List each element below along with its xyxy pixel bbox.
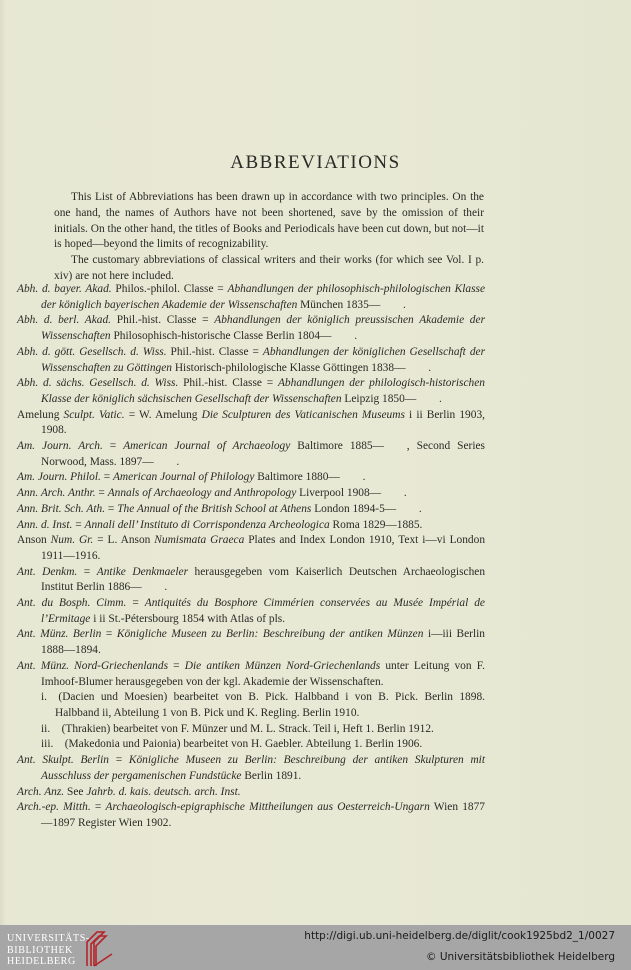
intro-text: This List of Abbreviations has been draw…: [54, 190, 484, 285]
entry-title: Die antiken Münzen Nord-Griechenlands: [185, 660, 380, 672]
entry-abbr-rest: Phil.-hist. Classe: [111, 314, 196, 326]
sub-entry: iii. (Makedonia und Paionia) bearbeitet …: [17, 737, 485, 753]
entry-abbr: Ann. Brit. Sch. Ath.: [17, 503, 105, 515]
entry-details: München 1835— .: [297, 299, 406, 311]
abbreviation-entry: Abh. d. gött. Gesellsch. d. Wiss. Phil.-…: [17, 345, 485, 376]
library-name-line: UNIVERSITÄTS-: [7, 933, 90, 945]
entry-eq: =: [109, 754, 129, 766]
copyright-notice: © Universitätsbibliothek Heidelberg: [426, 951, 615, 963]
entry-eq: =: [77, 566, 96, 578]
entry-eq: =: [126, 597, 144, 609]
entry-author: Amelung: [17, 409, 64, 421]
abbreviation-entry: Abh. d. berl. Akad. Phil.-hist. Classe =…: [17, 313, 485, 344]
abbreviation-entry: Ant. du Bosph. Cimm. = Antiquités du Bos…: [17, 596, 485, 627]
entry-details: Berlin 1891.: [241, 770, 301, 782]
page-title: ABBREVIATIONS: [0, 152, 631, 174]
library-name-line: BIBLIOTHEK: [7, 945, 90, 957]
entry-eq: See: [64, 786, 86, 798]
entry-abbr: Num. Gr.: [51, 534, 94, 546]
abbreviation-entry: Ant. Skulpt. Berlin = Königliche Museen …: [17, 753, 485, 784]
entry-abbr: Abh. d. bayer. Akad.: [17, 283, 112, 295]
abbreviation-entry: Ann. d. Inst. = Annali dell’ Instituto d…: [17, 518, 485, 534]
entry-abbr: Ant. du Bosph. Cimm.: [17, 597, 126, 609]
entry-author: W. Amelung: [139, 409, 202, 421]
entry-abbr: Arch.-ep. Mitth.: [17, 801, 91, 813]
scanned-page: ABBREVIATIONS This List of Abbreviations…: [0, 0, 631, 925]
entry-abbr: Ant. Denkm.: [17, 566, 77, 578]
ub-heidelberg-logo-icon[interactable]: [84, 928, 114, 968]
entry-details: Philosophisch-historische Classe Berlin …: [111, 330, 357, 342]
library-name-line: HEIDELBERG: [7, 956, 90, 968]
entry-title: Jahrb. d. kais. deutsch. arch. Inst.: [86, 786, 240, 798]
entry-title: American Journal of Philology: [113, 471, 254, 483]
viewer-footer: UNIVERSITÄTS- BIBLIOTHEK HEIDELBERG http…: [0, 925, 631, 970]
entry-abbr-rest: Phil.-hist. Classe: [167, 346, 249, 358]
abbreviation-entry: Abh. d. sächs. Gesellsch. d. Wiss. Phil.…: [17, 376, 485, 407]
entry-abbr: Sculpt. Vatic.: [64, 409, 125, 421]
entry-title: Archaeologisch-epigraphische Mittheilung…: [106, 801, 430, 813]
entry-details: Leipzig 1850— .: [342, 393, 442, 405]
entry-details: i ii St.-Pétersbourg 1854 with Atlas of …: [90, 613, 285, 625]
abbreviation-entry: Ant. Münz. Nord-Griechenlands = Die anti…: [17, 659, 485, 690]
entry-eq: =: [168, 660, 185, 672]
abbreviation-entry: Ann. Brit. Sch. Ath. = The Annual of the…: [17, 502, 485, 518]
entry-abbr: Am. Journ. Philol.: [17, 471, 101, 483]
entry-abbr-rest: Phil.-hist. Classe: [178, 377, 262, 389]
abbreviation-entry: Abh. d. bayer. Akad. Philos.-philol. Cla…: [17, 282, 485, 313]
library-name[interactable]: UNIVERSITÄTS- BIBLIOTHEK HEIDELBERG: [7, 933, 90, 968]
entry-title: The Annual of the British School at Athe…: [117, 503, 311, 515]
permalink-url[interactable]: http://digi.ub.uni-heidelberg.de/diglit/…: [304, 930, 615, 942]
abbreviation-entry: Amelung Sculpt. Vatic. = W. Amelung Die …: [17, 408, 485, 439]
entry-abbr: Ant. Skulpt. Berlin: [17, 754, 109, 766]
entry-abbr: Am. Journ. Arch.: [17, 440, 103, 452]
abbreviation-entry: Ann. Arch. Anthr. = Annals of Archaeolog…: [17, 486, 485, 502]
entry-title: Annals of Archaeology and Anthropology: [108, 487, 297, 499]
entry-author: Anson: [17, 534, 51, 546]
entry-eq: =: [125, 409, 139, 421]
entry-abbr: Abh. d. sächs. Gesellsch. d. Wiss.: [17, 377, 178, 389]
entry-details: Baltimore 1880— .: [254, 471, 365, 483]
entry-title: Annali dell’ Instituto di Corrispondenza…: [85, 519, 330, 531]
entry-eq: =: [249, 346, 263, 358]
abbreviation-entry: Anson Num. Gr. = L. Anson Numismata Grae…: [17, 533, 485, 564]
entry-title: Antike Denkmaeler: [97, 566, 188, 578]
entry-abbr: Ant. Münz. Nord-Griechenlands: [17, 660, 168, 672]
abbreviation-entry: Arch.-ep. Mitth. = Archaeologisch-epigra…: [17, 800, 485, 831]
entry-abbr: Ann. d. Inst.: [17, 519, 72, 531]
entry-eq: =: [96, 487, 108, 499]
entry-author: L. Anson: [108, 534, 155, 546]
abbreviation-entry: Ant. Denkm. = Antike Denkmaeler herausge…: [17, 565, 485, 596]
abbreviation-list: Abh. d. bayer. Akad. Philos.-philol. Cla…: [17, 282, 485, 832]
abbreviation-entry: Am. Journ. Arch. = American Journal of A…: [17, 439, 485, 470]
abbreviation-entry: Ant. Münz. Berlin = Königliche Museen zu…: [17, 627, 485, 658]
entry-eq: =: [105, 503, 117, 515]
entry-abbr: Ant. Münz. Berlin: [17, 628, 101, 640]
entry-title: American Journal of Archaeology: [123, 440, 290, 452]
entry-eq: =: [101, 471, 113, 483]
entry-eq: =: [91, 801, 106, 813]
sub-entry: ii. (Thrakien) bearbeitet von F. Münzer …: [17, 722, 485, 738]
entry-title: Königliche Museen zu Berlin: Beschreibun…: [117, 628, 424, 640]
entry-title: Die Sculpturen des Vaticanischen Museums: [202, 409, 405, 421]
abbreviation-entry: Am. Journ. Philol. = American Journal of…: [17, 470, 485, 486]
entry-abbr: Abh. d. berl. Akad.: [17, 314, 111, 326]
entry-details: Historisch-philologische Klasse Göttinge…: [172, 362, 431, 374]
entry-eq: =: [214, 283, 228, 295]
entry-eq: =: [101, 628, 117, 640]
entry-title: Numismata Graeca: [154, 534, 244, 546]
entry-abbr-rest: Philos.-philol. Classe: [112, 283, 214, 295]
entry-eq: =: [72, 519, 84, 531]
intro-paragraph: This List of Abbreviations has been draw…: [54, 190, 484, 253]
entry-abbr: Ann. Arch. Anthr.: [17, 487, 96, 499]
entry-eq: =: [196, 314, 214, 326]
entry-abbr: Abh. d. gött. Gesellsch. d. Wiss.: [17, 346, 167, 358]
entry-details: Roma 1829—1885.: [330, 519, 423, 531]
abbreviation-entry: Arch. Anz. See Jahrb. d. kais. deutsch. …: [17, 785, 485, 801]
entry-eq: =: [262, 377, 278, 389]
entry-details: Liverpool 1908— .: [296, 487, 406, 499]
entry-eq: =: [103, 440, 123, 452]
sub-entry: i. (Dacien und Moesien) bearbeitet von B…: [17, 690, 485, 721]
entry-eq: =: [93, 534, 107, 546]
intro-paragraph: The customary abbreviations of classical…: [54, 253, 484, 285]
entry-details: London 1894-5— .: [311, 503, 421, 515]
entry-abbr: Arch. Anz.: [17, 786, 64, 798]
